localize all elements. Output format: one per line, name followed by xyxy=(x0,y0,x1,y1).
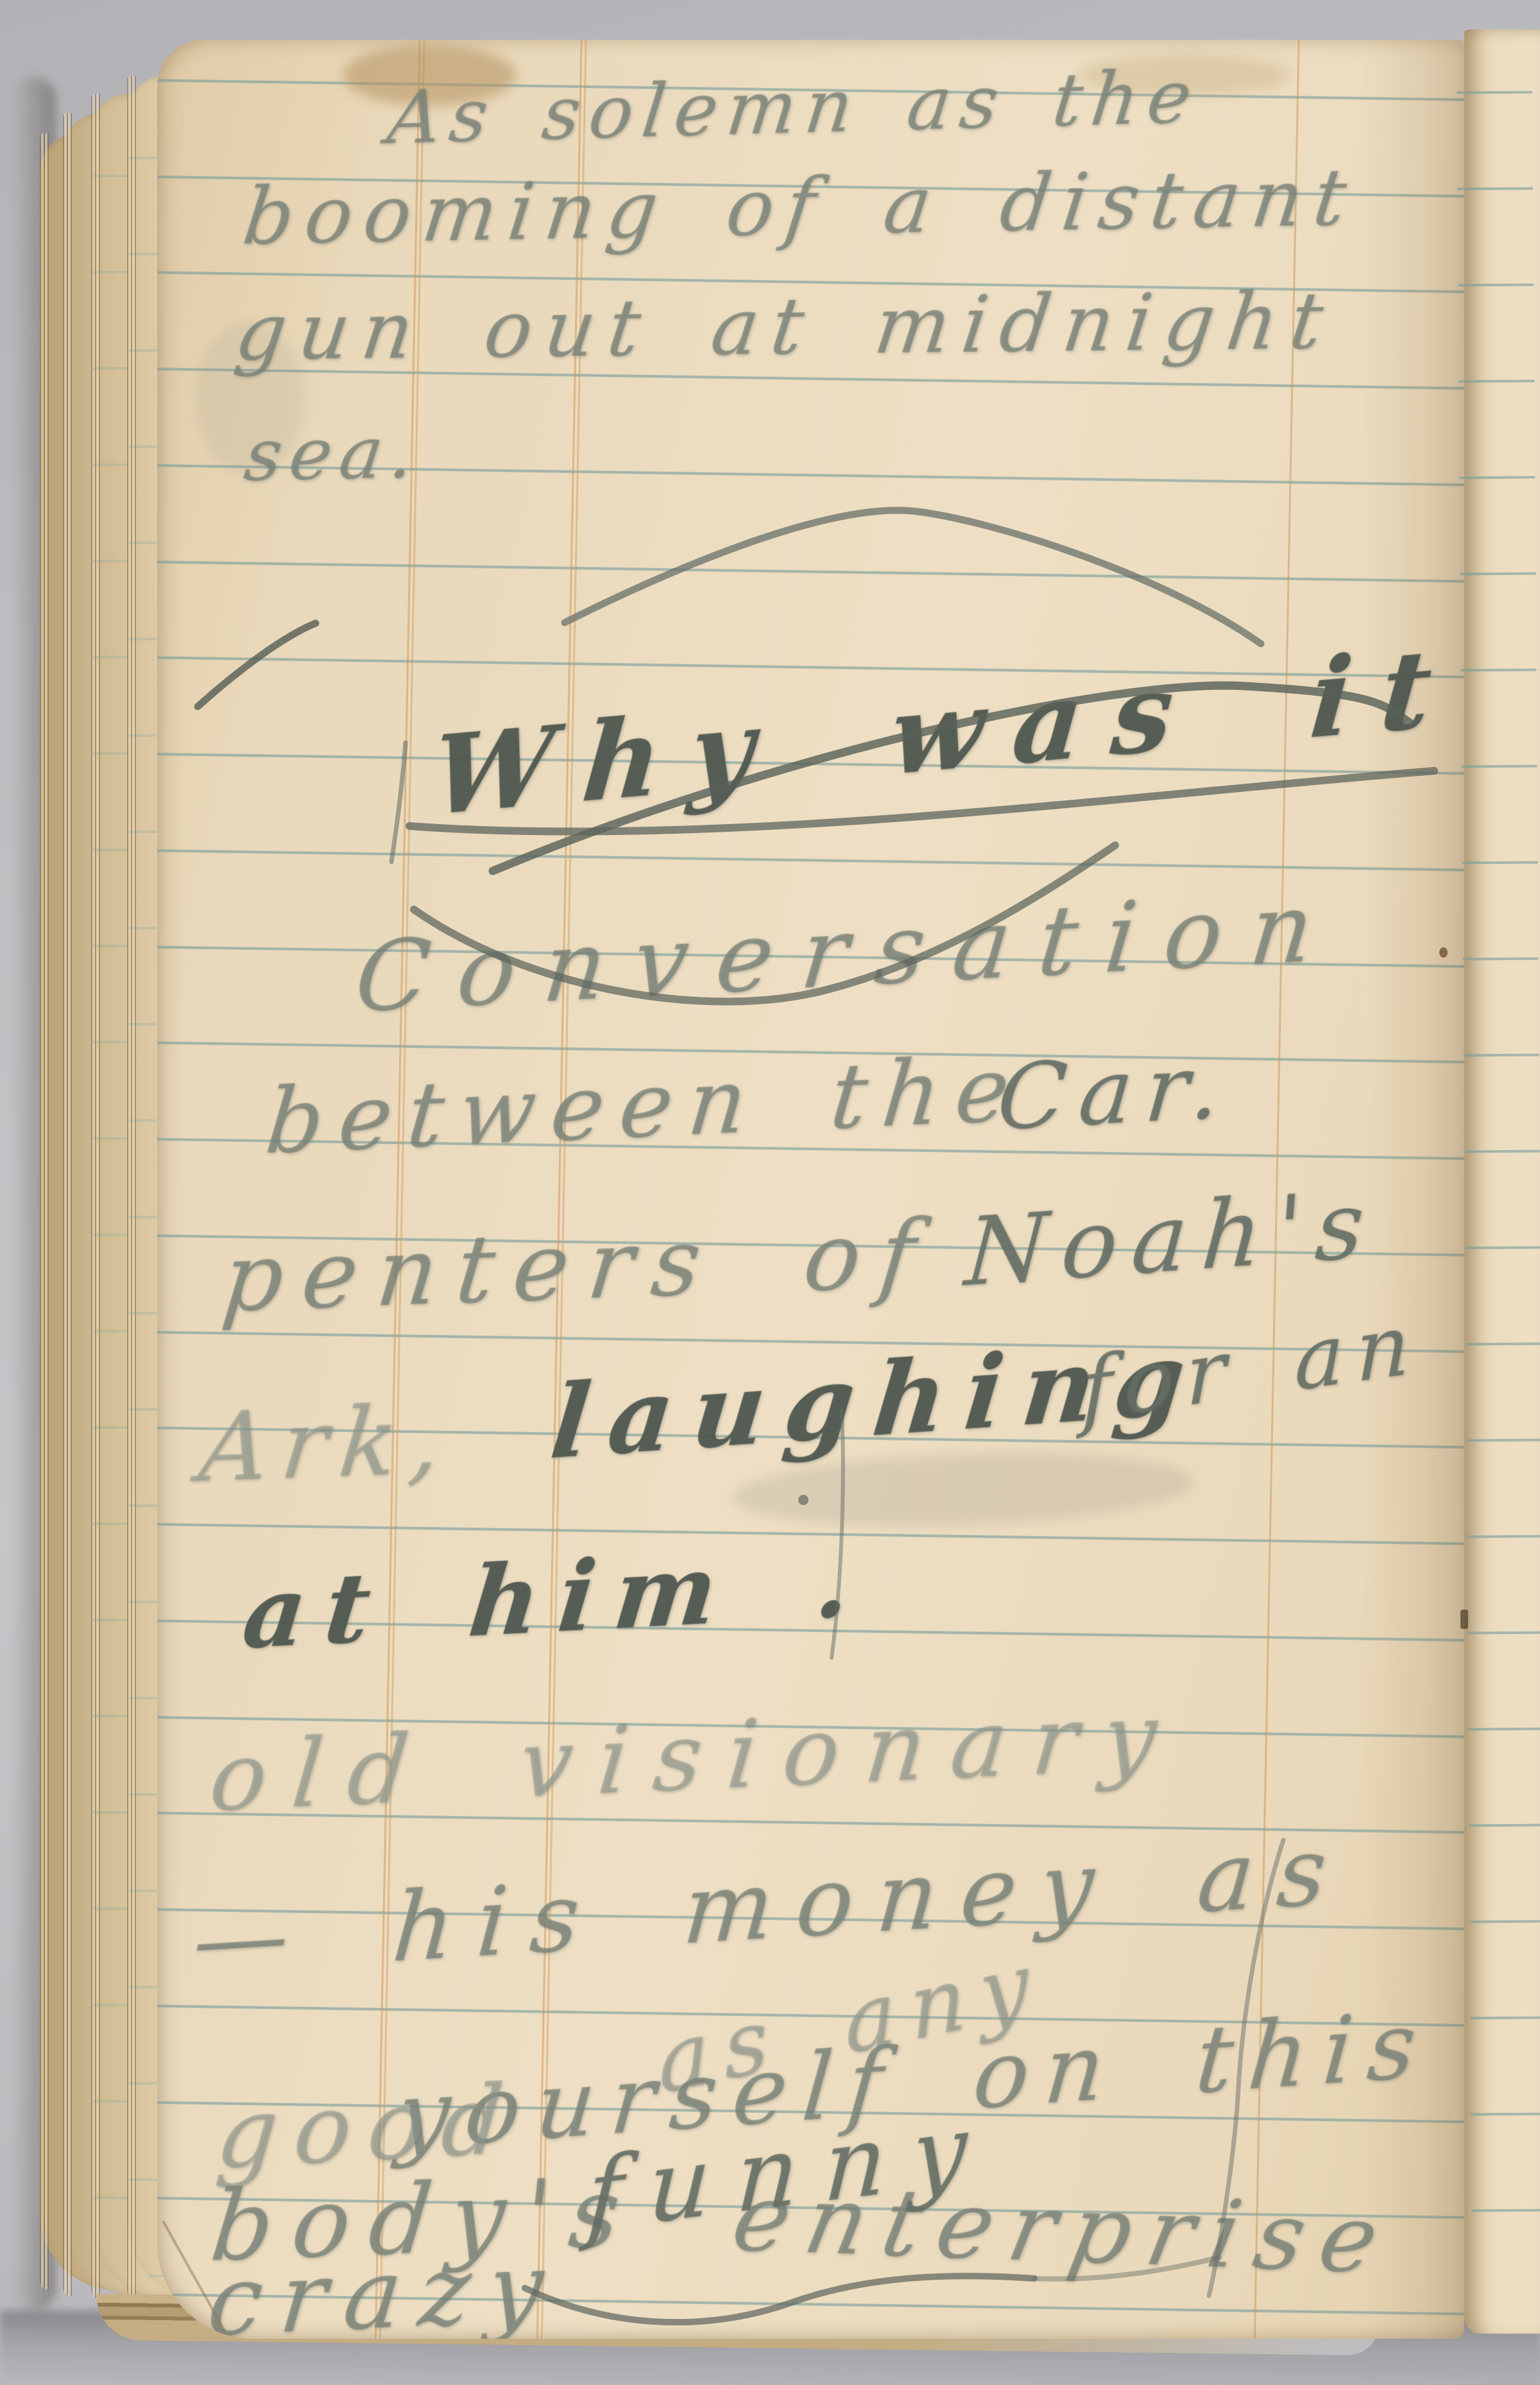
facing-page-sliver xyxy=(1464,30,1540,2334)
blue-ruled-lines-right-page xyxy=(1456,30,1540,2334)
scanned-notebook-photo: { "document": { "type_label": "handwritt… xyxy=(0,0,1540,2385)
paper-fleck xyxy=(1439,947,1448,958)
hw-line-car: Car. xyxy=(993,1033,1237,1151)
hw-line-gun: gun out at midnight xyxy=(230,275,1341,378)
hw-line-ark: Ark, xyxy=(194,1384,459,1504)
gutter-nick xyxy=(1460,1610,1468,1629)
hw-line-sea: sea. xyxy=(240,411,426,497)
hw-line-crazy: crazy xyxy=(203,2231,566,2339)
notebook-page: As solemn as the booming of a distant gu… xyxy=(157,40,1464,2339)
